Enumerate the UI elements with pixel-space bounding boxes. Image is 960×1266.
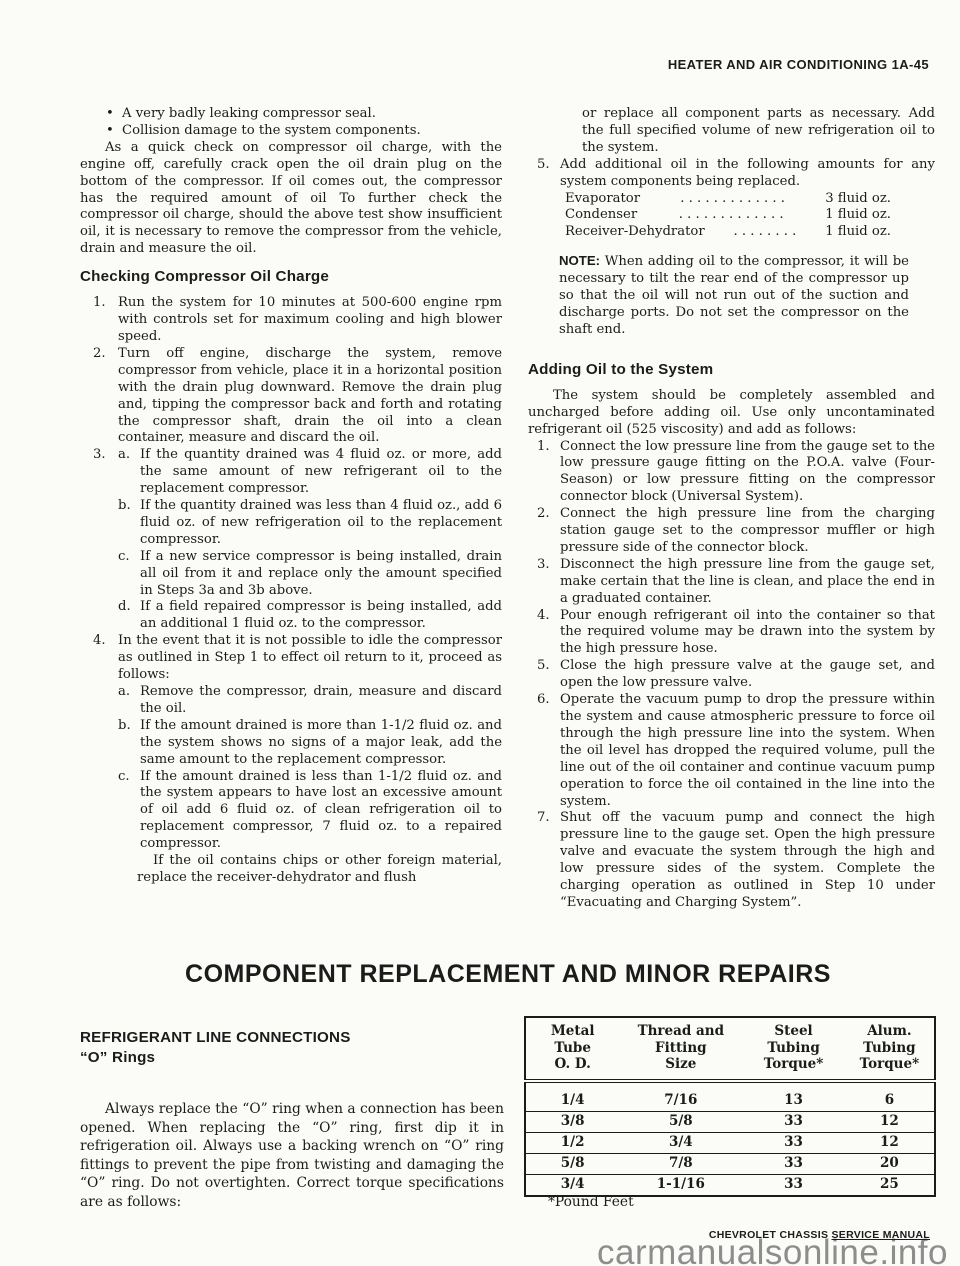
step-item: 1. Run the system for 10 minutes at 500-… [80,295,502,346]
step-item: 2. Connect the high pressure line from t… [528,506,935,557]
table-cell: 3/8 [525,1111,619,1132]
substep-text: If a field repaired compressor is being … [140,599,502,633]
step-number: 2. [80,346,118,447]
step-item: 1. Connect the low pressure line from th… [528,439,935,507]
footer-text-underlined: SERVICE MANUAL [831,1229,930,1241]
substep-item: a. Remove the compressor, drain, measure… [118,684,502,718]
right-column: or replace all component parts as necess… [528,106,935,912]
table-cell: 33 [742,1174,845,1196]
step-text: Disconnect the high pressure line from t… [560,557,935,608]
substep-letter: c. [118,549,140,600]
step-number: 5. [528,658,560,692]
manual-page: HEATER AND AIR CONDITIONING 1A-45 • A ve… [0,0,960,1266]
substep-item: b. If the quantity drained was less than… [118,498,502,549]
column-header: Steel Tubing Torque* [742,1017,845,1081]
table-header-row: Metal Tube O. D. Thread and Fitting Size… [525,1017,935,1081]
substep-letter: c. [118,769,140,854]
subsection-heading: Adding Oil to the System [528,361,935,379]
step-item: 6. Operate the vacuum pump to drop the p… [528,692,935,810]
dot-leader: . . . . . . . . . . . . . [640,191,825,208]
substep-letter: b. [118,718,140,769]
paragraph: If the oil contains chips or other forei… [137,853,502,887]
section-title: COMPONENT REPLACEMENT AND MINOR REPAIRS [80,960,936,989]
table-cell: 1/4 [525,1081,619,1112]
page-footer: CHEVROLET CHASSIS SERVICE MANUAL [709,1229,930,1241]
subsection-heading: Checking Compressor Oil Charge [80,268,502,286]
step-number: 4. [80,633,118,853]
step-number: 7. [528,810,560,911]
note-label: NOTE: [559,253,600,268]
table-cell: 1-1/16 [619,1174,742,1196]
o-rings-subheading: “O” Rings [80,1048,504,1068]
step-text: Operate the vacuum pump to drop the pres… [560,692,935,810]
table-cell: 3/4 [619,1132,742,1153]
substep-text: If the quantity drained was less than 4 … [140,498,502,549]
step-text: Connect the high pressure line from the … [560,506,935,557]
step-text: Pour enough refrigerant oil into the con… [560,608,935,659]
step-number: 3. [80,447,118,633]
step-number: 1. [528,439,560,507]
substep-letter: d. [118,599,140,633]
step-text: Connect the low pressure line from the g… [560,439,935,507]
table-cell: 33 [742,1153,845,1174]
substep-item: c. If the amount drained is less than 1-… [118,769,502,854]
table-cell: 1/2 [525,1132,619,1153]
step-text: Run the system for 10 minutes at 500-600… [118,295,502,346]
refrigerant-section: REFRIGERANT LINE CONNECTIONS “O” Rings A… [80,1028,504,1212]
step-number: 4. [528,608,560,659]
substep-text: If the amount drained is more than 1-1/2… [140,718,502,769]
step-intro: In the event that it is not possible to … [118,633,502,684]
table-cell: 7/8 [619,1153,742,1174]
bullet-icon: • [106,123,122,140]
step-item: 4. Pour enough refrigerant oil into the … [528,608,935,659]
step-text: Add additional oil in the following amou… [560,157,935,191]
table-cell: 12 [845,1132,935,1153]
step-item: 5. Add additional oil in the following a… [528,157,935,191]
substep-letter: a. [118,684,140,718]
step-item: 4. In the event that it is not possible … [80,633,502,853]
step-number: 2. [528,506,560,557]
oil-amount-row: Evaporator . . . . . . . . . . . . . 3 f… [565,191,891,208]
substep-item: c. If a new service compressor is being … [118,549,502,600]
dot-leader: . . . . . . . . . . . . . [637,207,825,224]
table-cell: 33 [742,1111,845,1132]
substep-text: If a new service compressor is being ins… [140,549,502,600]
oil-amount-value: 1 fluid oz. [825,224,891,241]
substep-text: Remove the compressor, drain, measure an… [140,684,502,718]
column-header: Alum. Tubing Torque* [845,1017,935,1081]
table-cell: 6 [845,1081,935,1112]
step-item: 5. Close the high pressure valve at the … [528,658,935,692]
oil-amount-value: 3 fluid oz. [825,191,891,208]
paragraph: or replace all component parts as necess… [582,106,935,157]
note-block: NOTE: When adding oil to the compressor,… [559,253,909,339]
torque-table: Metal Tube O. D. Thread and Fitting Size… [524,1016,936,1197]
step-number: 3. [528,557,560,608]
substep-letter: b. [118,498,140,549]
step-number: 5. [528,157,560,191]
note-text: When adding oil to the compressor, it wi… [559,254,909,337]
oil-amount-label: Evaporator [565,191,640,208]
step-item: 3. Disconnect the high pressure line fro… [528,557,935,608]
step-number: 6. [528,692,560,810]
oil-amount-row: Receiver-Dehydrator . . . . . . . . 1 fl… [565,224,891,241]
oil-amount-row: Condenser . . . . . . . . . . . . . 1 fl… [565,207,891,224]
substep-letter: a. [118,447,140,498]
oil-amount-label: Condenser [565,207,637,224]
step-text: Turn off engine, discharge the system, r… [118,346,502,447]
page-header: HEATER AND AIR CONDITIONING 1A-45 [668,57,929,72]
substep-item: a. If the quantity drained was 4 fluid o… [118,447,502,498]
dot-leader: . . . . . . . . [705,224,826,241]
footer-text: CHEVROLET CHASSIS [709,1229,832,1241]
oil-amount-label: Receiver-Dehydrator [565,224,705,241]
table-cell: 12 [845,1111,935,1132]
step-item: 3. a. If the quantity drained was 4 flui… [80,447,502,633]
bullet-icon: • [106,106,122,123]
step-text: Close the high pressure valve at the gau… [560,658,935,692]
column-header: Metal Tube O. D. [525,1017,619,1081]
bullet-item: • A very badly leaking compressor seal. [106,106,502,123]
step-item: 7. Shut off the vacuum pump and connect … [528,810,935,911]
table-cell: 7/16 [619,1081,742,1112]
paragraph: The system should be completely assemble… [528,388,935,439]
step-number: 1. [80,295,118,346]
column-header: Thread and Fitting Size [619,1017,742,1081]
step-text: a. If the quantity drained was 4 fluid o… [118,447,502,633]
substep-item: b. If the amount drained is more than 1-… [118,718,502,769]
substep-text: If the amount drained is less than 1-1/2… [140,769,502,854]
table-row: 1/2 3/4 33 12 [525,1132,935,1153]
table-cell: 3/4 [525,1174,619,1196]
table-cell: 5/8 [619,1111,742,1132]
bullet-text: Collision damage to the system component… [122,123,421,140]
table-row: 3/8 5/8 33 12 [525,1111,935,1132]
table-cell: 33 [742,1132,845,1153]
table-cell: 5/8 [525,1153,619,1174]
bullet-text: A very badly leaking compressor seal. [122,106,376,123]
step-text: Shut off the vacuum pump and connect the… [560,810,935,911]
step-text: In the event that it is not possible to … [118,633,502,853]
table-cell: 25 [845,1174,935,1196]
table-row: 3/4 1-1/16 33 25 [525,1174,935,1196]
table-cell: 20 [845,1153,935,1174]
step-item: 2. Turn off engine, discharge the system… [80,346,502,447]
table-row: 5/8 7/8 33 20 [525,1153,935,1174]
left-column: • A very badly leaking compressor seal. … [80,106,502,887]
substep-text: If the quantity drained was 4 fluid oz. … [140,447,502,498]
oil-amount-value: 1 fluid oz. [825,207,891,224]
bullet-item: • Collision damage to the system compone… [106,123,502,140]
paragraph: Always replace the “O” ring when a conne… [80,1100,504,1212]
substep-item: d. If a field repaired compressor is bei… [118,599,502,633]
table-footnote: *Pound Feet [548,1194,634,1210]
table-cell: 13 [742,1081,845,1112]
table-row: 1/4 7/16 13 6 [525,1081,935,1112]
paragraph: As a quick check on compressor oil charg… [80,140,502,258]
refrigerant-heading: REFRIGERANT LINE CONNECTIONS [80,1028,504,1048]
